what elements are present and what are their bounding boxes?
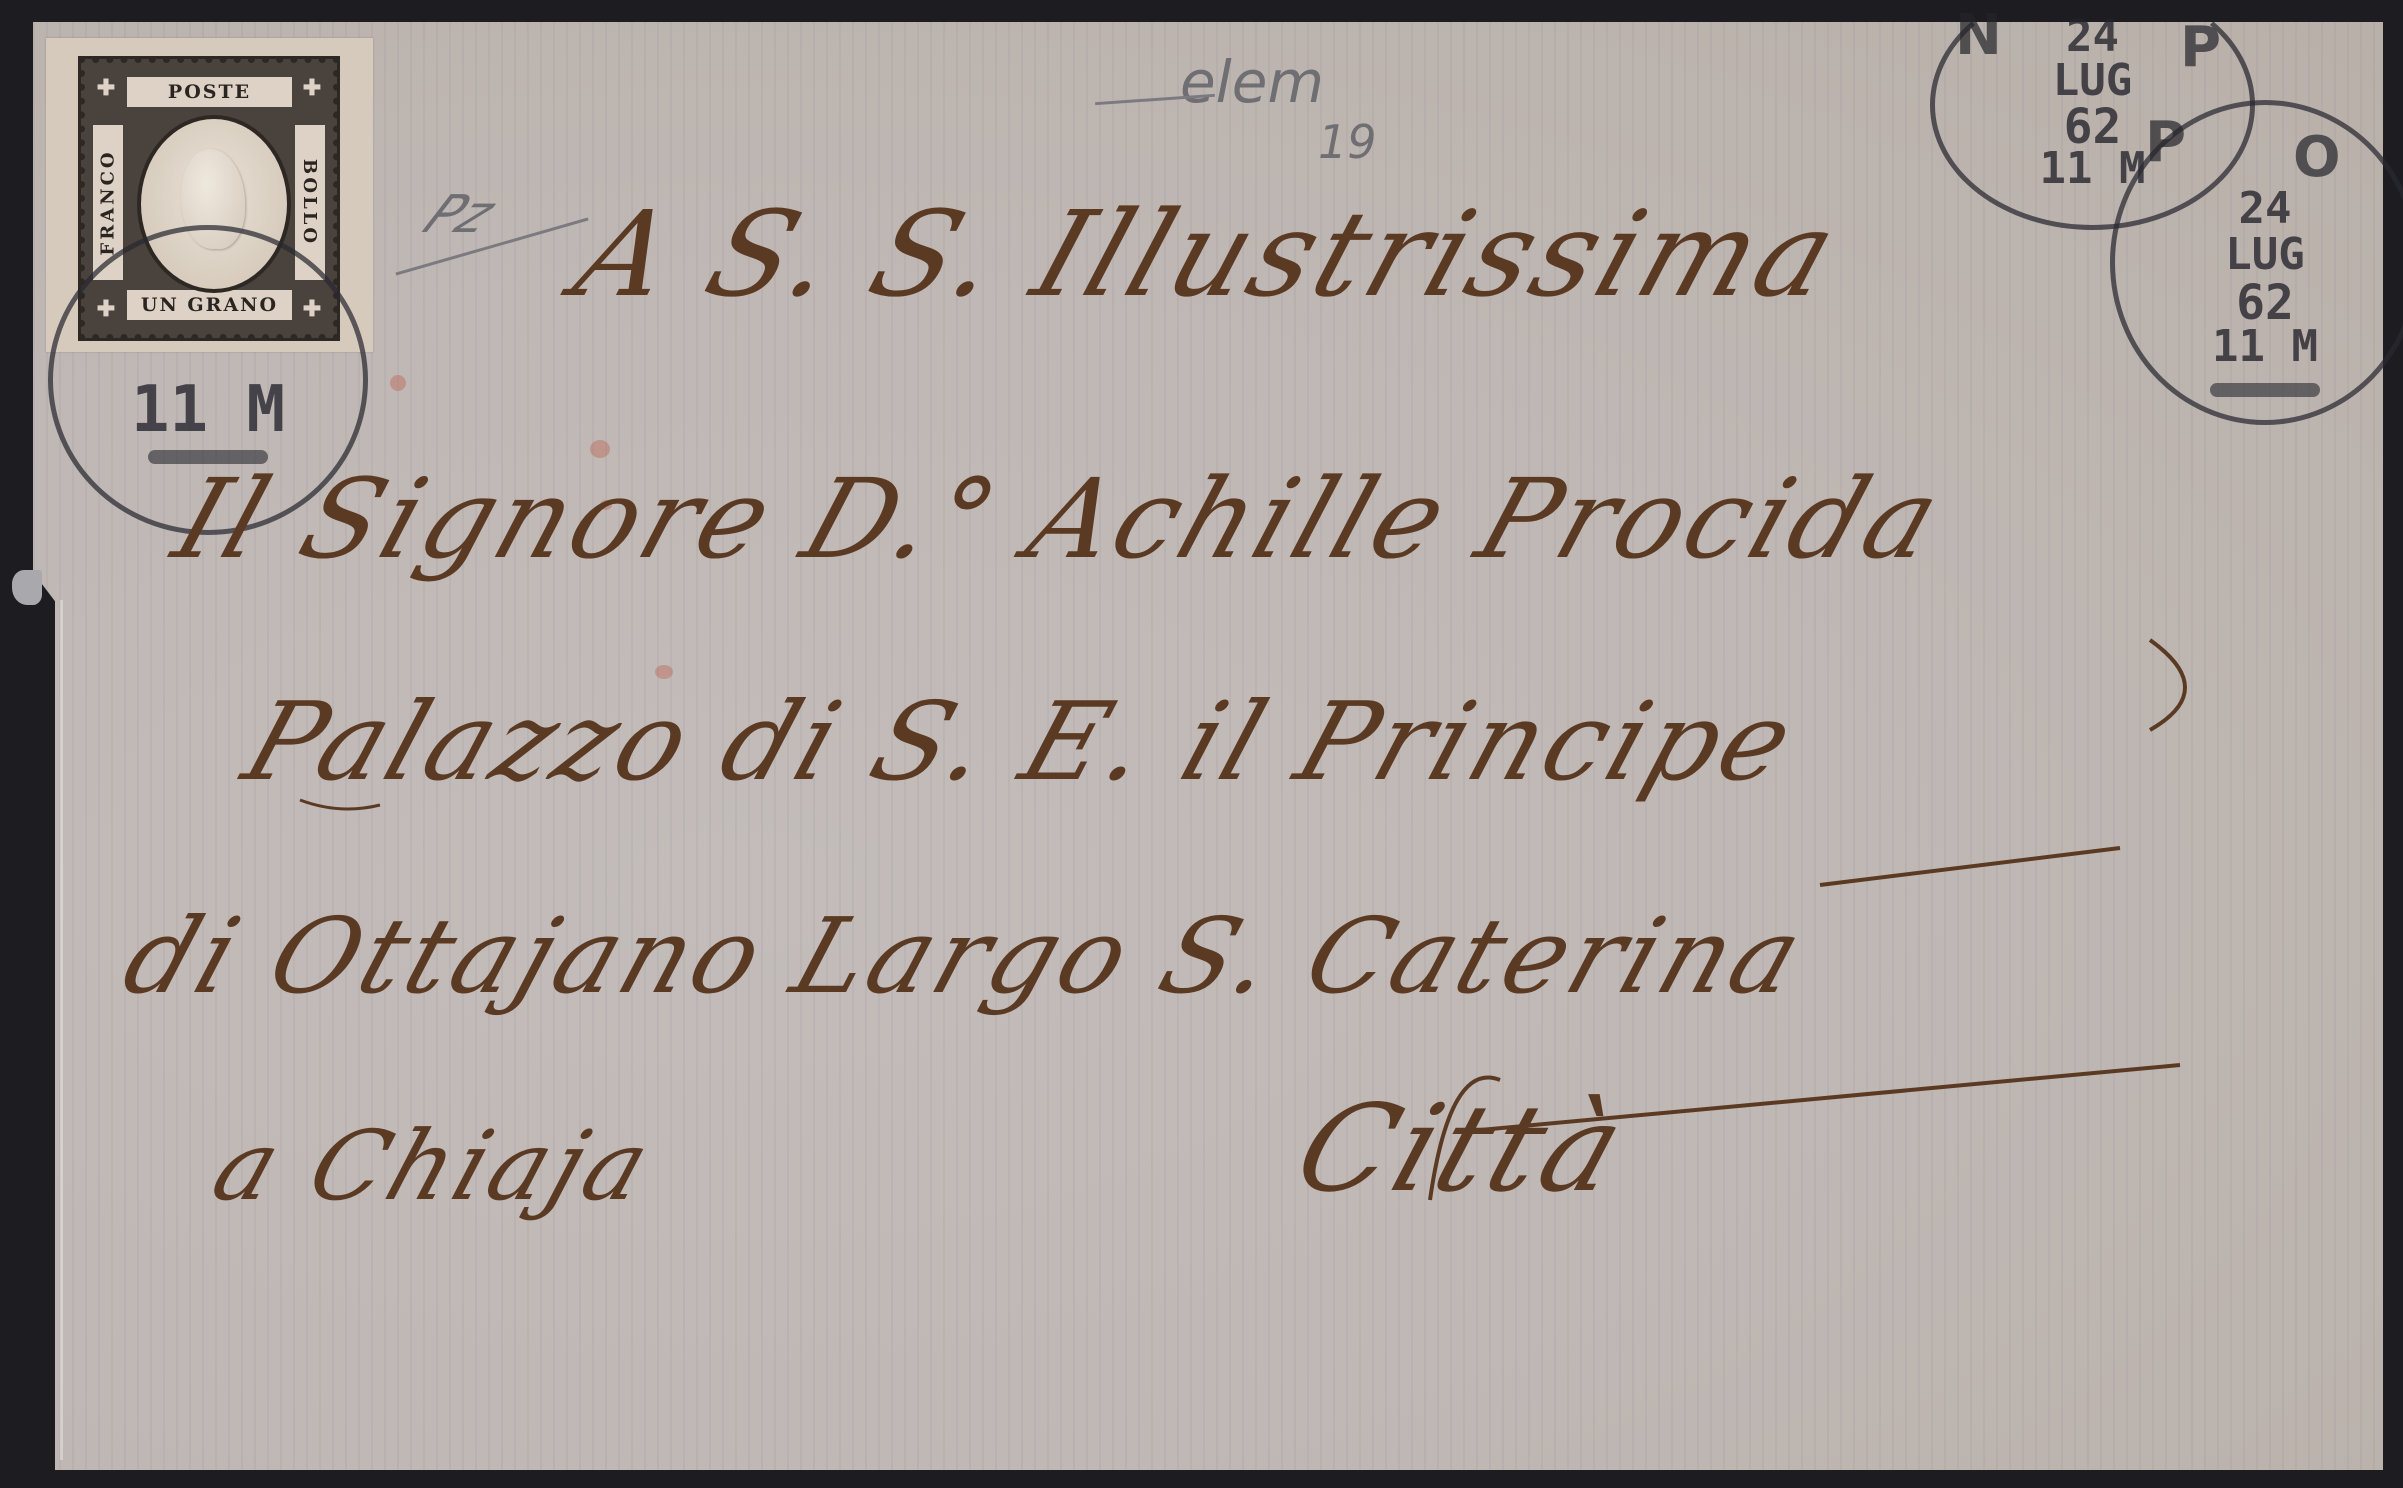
ink-flourishes bbox=[0, 0, 2403, 1488]
